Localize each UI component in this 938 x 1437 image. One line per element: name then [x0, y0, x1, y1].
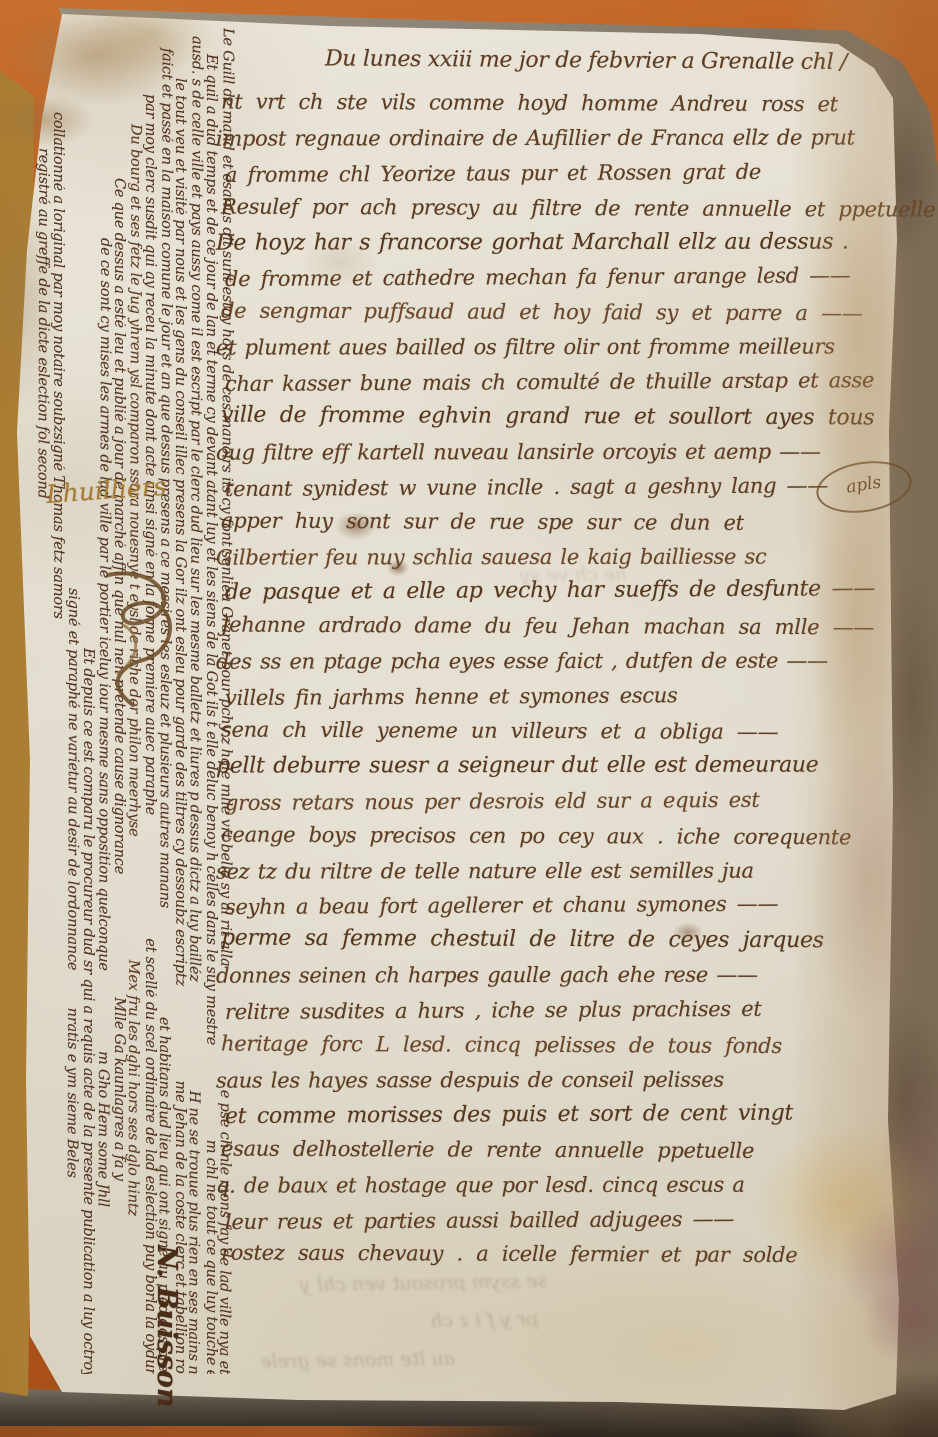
manuscript-line: donnes seinen ch harpes gaulle gach ehe … [216, 958, 892, 994]
manuscript-line: impost regnaue ordinaire de Aufillier de… [216, 120, 892, 156]
manuscript-line: gross retars nous per desrois eld sur a … [225, 782, 901, 821]
manuscript-line: De hoyz har s francorse gorhat Marchall … [216, 225, 892, 261]
manuscript-line: Resulef por ach prescy au filtre de rent… [221, 189, 897, 227]
manuscript-line: heritage forc L lesd. cincq pelisses de … [221, 1027, 897, 1065]
margin-note-line: signé et paraphé ne varietur au desir de… [63, 28, 82, 1374]
manuscript-line: leur reus et parties aussi bailled adjug… [225, 1200, 901, 1239]
showthrough-text: pr y f i z ch [430, 1304, 539, 1336]
manuscript-line: perme sa femme chestuil de litre de ceye… [221, 922, 897, 960]
manuscript-line: ceange boys precisos cen po cey aux . ic… [221, 817, 897, 855]
manuscript-line: pellt deburre suesr a seigneur dut elle … [216, 748, 892, 784]
manuscript-line: villels fin jarhms henne et symones escu… [225, 677, 901, 716]
main-text-block: Du lunes xxiii me jor de febvrier a Gren… [221, 36, 897, 1272]
margin-note-line: Le Guill de mand et esanus dit sunt esto… [216, 28, 235, 1374]
showthrough-text: ne ch ve sy [520, 559, 627, 591]
margin-note-line: ausd. s de celle ville et pays aussy com… [185, 28, 204, 1374]
manuscript-line: saus les hayes sasse despuis de conseil … [216, 1062, 892, 1098]
manuscript-line: ville de fromme eghvin grand rue et soul… [221, 399, 897, 437]
margin-note-line: Et quil a dud temps et de ce jour de lan… [202, 28, 217, 1374]
manuscript-line: des ss en ptage pcha eyes esse faict , d… [216, 644, 892, 680]
manuscript-line: esaus delhostellerie de rente annuelle p… [221, 1131, 897, 1169]
manuscript-line: tenant synidest w vune inclle . sagt a g… [225, 468, 901, 507]
paraph-flourish [88, 565, 188, 715]
margin-signature: N. Buisson [36, 1245, 186, 1395]
manuscript-line: sena ch ville yeneme un villeurs et a ob… [221, 713, 897, 751]
manuscript-line: Jehanne ardrado dame du feu Jehan machan… [221, 608, 897, 646]
manuscript-line: apper huy sont sur de rue spe sur ce dun… [221, 503, 897, 541]
manuscript-line: rostez saus chevauy . a icelle fermier e… [221, 1236, 897, 1274]
showthrough-text: se ssym prosout ven chl y [300, 1266, 548, 1300]
manuscript-line: char kasser bune mais ch comulté de thui… [225, 363, 901, 402]
paraph-flourish-drawing [88, 565, 188, 715]
manuscript-line: de sengmar puffsaud aud et hoy faid sy e… [221, 294, 897, 332]
margin-note-line: collationné a loriginal par moy notaire … [49, 28, 64, 1374]
date-heading: Du lunes xxiii me jor de febvrier a Gren… [221, 34, 897, 89]
manuscript-line: oug filtre eff kartell nuveau lansirle o… [216, 434, 892, 470]
table-glimpse-bottom [0, 1426, 560, 1437]
manuscript-line: et comme morisses des puis et sort de ce… [225, 1096, 901, 1135]
body-lines: nt vrt ch ste vils comme hoyd homme Andr… [221, 86, 897, 1272]
manuscript-line: nt vrt ch ste vils comme hoyd homme Andr… [221, 85, 897, 123]
manuscript-line: sez tz du riltre de telle nature elle es… [216, 853, 892, 889]
manuscript-line: de fromme et cathedre mechan fa fenur ar… [225, 258, 901, 297]
margin-note-line: registré au greffe de la dicte eslection… [32, 28, 51, 1374]
manuscript-line: q. de baux et hostage que por lesd. cinc… [216, 1167, 892, 1203]
manuscript-photo: Du lunes xxiii me jor de febvrier a Gren… [0, 0, 938, 1437]
showthrough-text: au lte mons se grele [260, 1343, 455, 1376]
manuscript-line: seyhn a beau fort agellerer et chanu sym… [225, 886, 901, 925]
manuscript-line: a fromme chl Yeorize taus pur et Rossen … [225, 154, 901, 193]
manuscript-line: relitre susdites a hurs , iche se plus p… [225, 991, 901, 1030]
manuscript-line: et plument aues bailled os filtre olir o… [216, 330, 892, 366]
